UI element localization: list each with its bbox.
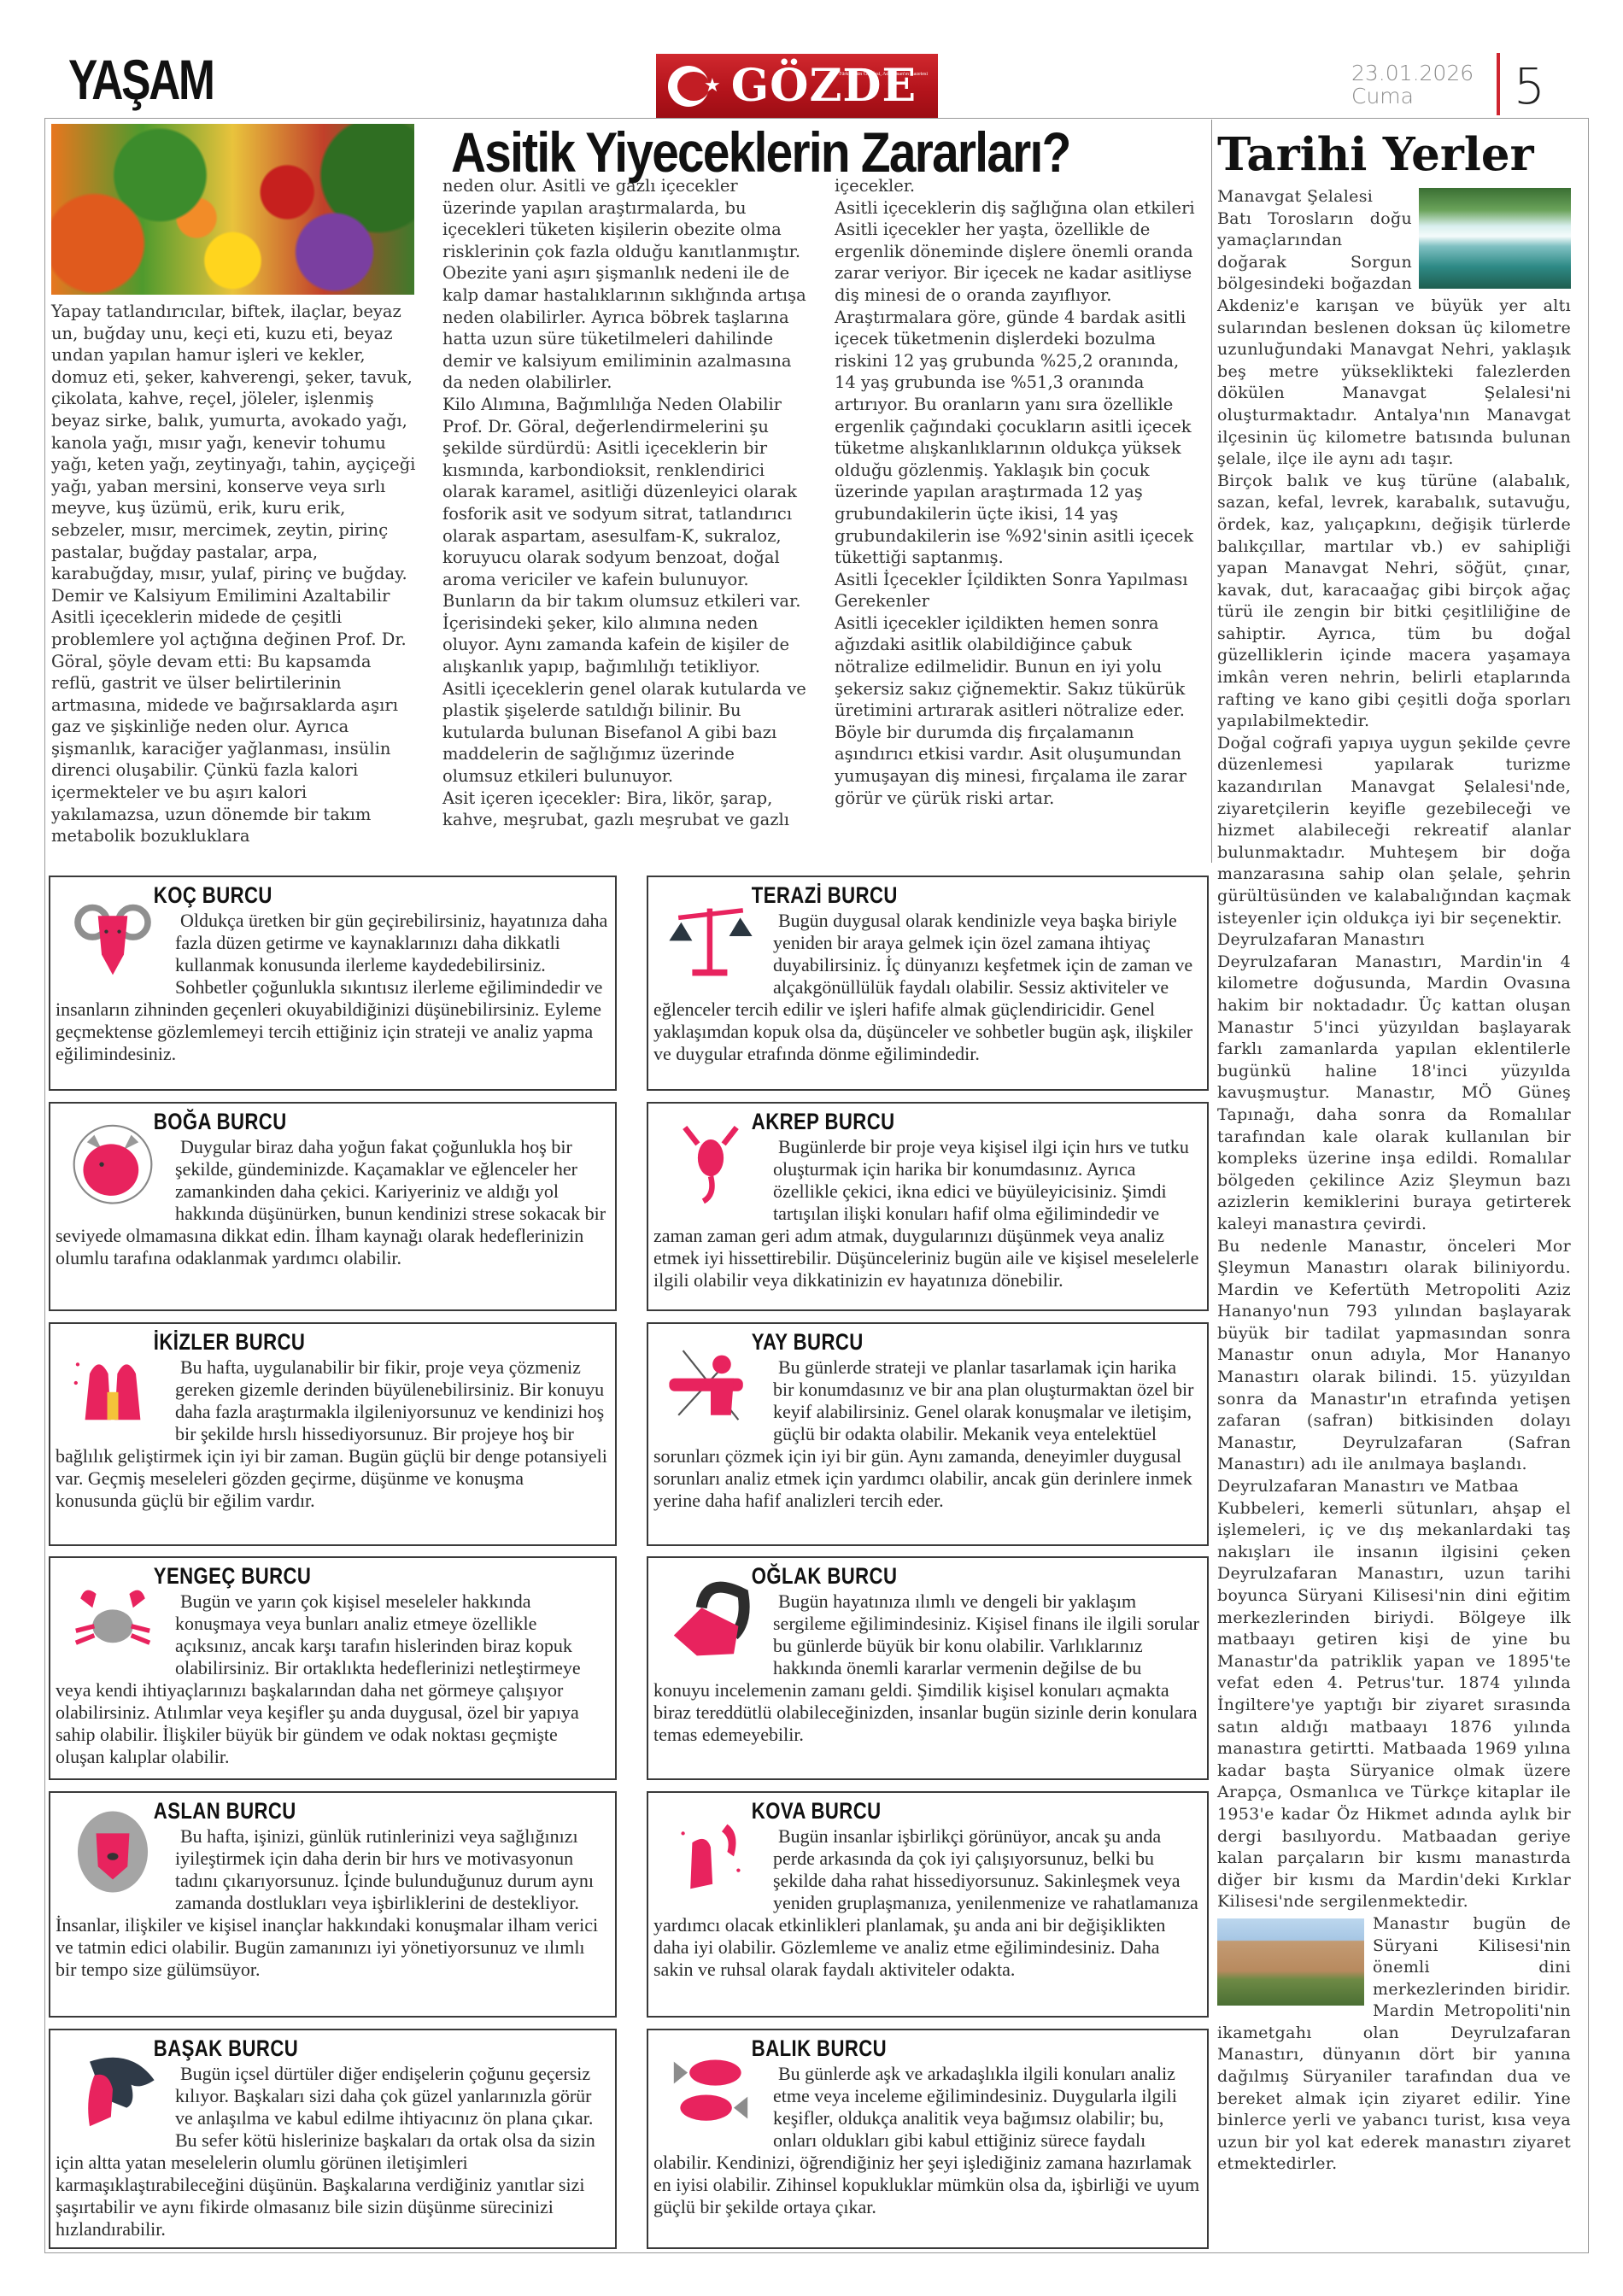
issue-date: 23.01.2026 (1351, 61, 1474, 85)
article-paragraph: Araştırmalara göre, günde 4 bardak asitl… (835, 307, 1204, 569)
article-subheading: Kilo Alımına, Bağımlılığa Neden Olabilir (442, 394, 810, 416)
article-column-3: içecekler. Asitli içeceklerin diş sağlığ… (835, 175, 1204, 809)
section-title: YAŞAM (68, 47, 213, 112)
vegetables-photo (51, 124, 414, 295)
article-paragraph: Bunların da bir takım olumsuz etkileri v… (442, 590, 810, 677)
horoscope-box-terazi: TERAZİ BURCU Bugün duygusal olarak kendi… (647, 876, 1209, 1091)
horoscope-box-basak: BAŞAK BURCU Bugün içsel dürtüler diğer e… (49, 2029, 617, 2249)
logo-name: GÖZDE (731, 64, 917, 108)
tarihi-subheading: Deyrulzafaran Manastırı (1217, 929, 1571, 952)
article-paragraph: Prof. Dr. Göral, değerlendirmelerini şu … (442, 416, 810, 591)
horoscope-title: TERAZİ BURCU (653, 882, 1102, 908)
issue-date-block: 23.01.2026 Cuma (1351, 61, 1474, 108)
star-icon: ★ (704, 75, 721, 97)
tarihi-paragraph: Bu nedenle Manastır, önceleri Mor Şleymu… (1217, 1236, 1571, 1477)
article-paragraph: içecekler. (835, 175, 1204, 197)
horoscope-box-yengec: YENGEÇ BURCU Bugün ve yarın çok kişisel … (49, 1556, 617, 1780)
page-number-divider (1497, 53, 1500, 115)
horoscope-title: BAŞAK BURCU (56, 2035, 509, 2061)
horoscope-box-oglak: OĞLAK BURCU Bugün hayatınıza ılımlı ve d… (647, 1556, 1209, 1780)
newspaper-logo[interactable]: ★ GÖZDE Türkiye'nin Gözdesi, Adıyaman'ın… (656, 54, 938, 118)
tarihi-paragraph: Kubbeleri, kemerli sütunları, ahşap el i… (1217, 1498, 1571, 1913)
article-column-2: neden olur. Asitli ve gazlı içecekler üz… (442, 175, 810, 831)
horoscope-title: İKİZLER BURCU (56, 1329, 509, 1355)
horoscope-title: KOVA BURCU (653, 1798, 1102, 1824)
logo-tagline: Türkiye'nin Gözdesi, Adıyaman'ın Gazetes… (839, 72, 928, 77)
page-number: 5 (1514, 61, 1545, 111)
article-paragraph: Asitli içecekler içildikten hemen sonra … (835, 612, 1204, 809)
tarihi-yerler-title: Tarihi Yerler (1217, 128, 1534, 181)
horoscope-title: YAY BURCU (653, 1329, 1102, 1355)
tarihi-subheading: Deyrulzafaran Manastırı ve Matbaa (1217, 1476, 1571, 1498)
article-paragraph: Asitli içeceklerin genel olarak kutulard… (442, 678, 810, 788)
article-paragraph: neden olur. Asitli ve gazlı içecekler üz… (442, 175, 810, 394)
article-column-1: Yapay tatlandırıcılar, biftek, ilaçlar, … (51, 301, 419, 847)
article-paragraph: Asitli içeceklerin midede de çeşitli pro… (51, 606, 419, 847)
tarihi-paragraph: Birçok balık ve kuş türüne (alabalık, sa… (1217, 471, 1571, 733)
horoscope-box-kova: KOVA BURCU Bugün insanlar işbirlikçi gör… (647, 1791, 1209, 2018)
horoscope-box-ikizler: İKİZLER BURCU Bu hafta, uygulanabilir bi… (49, 1322, 617, 1546)
horoscope-title: OĞLAK BURCU (653, 1563, 1102, 1589)
horoscope-box-boga: BOĞA BURCU Duygular biraz daha yoğun fak… (49, 1102, 617, 1311)
horoscope-box-balik: BALIK BURCU Bu günlerde aşk ve arkadaşlı… (647, 2029, 1209, 2249)
horoscope-title: KOÇ BURCU (56, 882, 509, 908)
horoscope-box-aslan: ASLAN BURCU Bu hafta, işinizi, günlük ru… (49, 1791, 617, 2018)
horoscope-title: BOĞA BURCU (56, 1109, 509, 1134)
article-subheading: Asitli İçecekler İçildikten Sonra Yapılm… (835, 569, 1204, 612)
waterfall-photo (1419, 188, 1571, 289)
column-divider (1211, 120, 1212, 863)
horoscope-title: BALIK BURCU (653, 2035, 1102, 2061)
tarihi-paragraph: Doğal coğrafi yapıya uygun şekilde çevre… (1217, 733, 1571, 929)
horoscope-box-akrep: AKREP BURCU Bugünlerde bir proje veya ki… (647, 1102, 1209, 1311)
article-subheading: Asitli içeceklerin diş sağlığına olan et… (835, 197, 1204, 220)
horoscope-title: AKREP BURCU (653, 1109, 1102, 1134)
article-paragraph: Asitli içecekler her yaşta, özellikle de… (835, 219, 1204, 306)
horoscope-title: ASLAN BURCU (56, 1798, 509, 1824)
horoscope-title: YENGEÇ BURCU (56, 1563, 509, 1589)
issue-day: Cuma (1351, 85, 1474, 108)
article-paragraph: Yapay tatlandırıcılar, biftek, ilaçlar, … (51, 301, 419, 585)
horoscope-box-yay: YAY BURCU Bu günlerde strateji ve planla… (647, 1322, 1209, 1546)
crescent-icon (668, 66, 709, 107)
tarihi-yerler-column: Manavgat Şelalesi Batı Torosların doğu y… (1217, 186, 1571, 2176)
tarihi-paragraph: Deyrulzafaran Manastırı, Mardin'in 4 kil… (1217, 952, 1571, 1236)
horoscope-box-koc: KOÇ BURCU Oldukça üretken bir gün geçire… (49, 876, 617, 1091)
article-paragraph: Asit içeren içecekler: Bira, likör, şara… (442, 788, 810, 831)
article-subheading: Demir ve Kalsiyum Emilimini Azaltabilir (51, 585, 419, 607)
monastery-photo (1217, 1918, 1364, 2006)
